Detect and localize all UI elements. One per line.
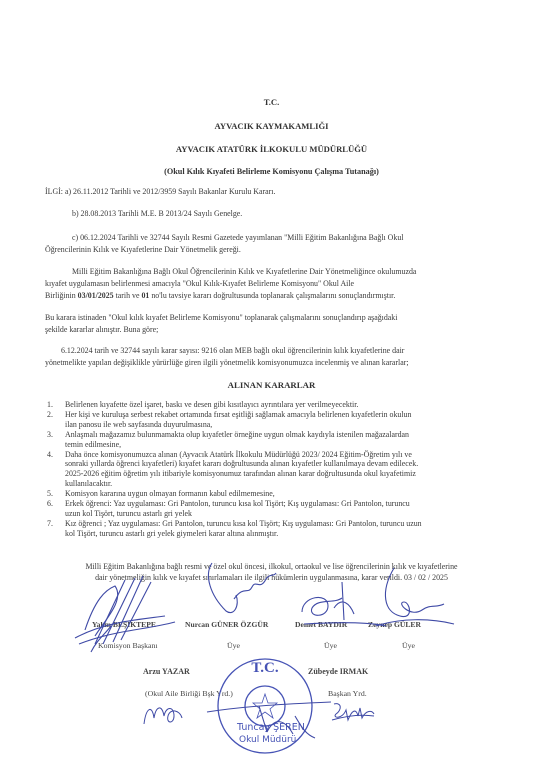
header-school: AYVACIK ATATÜRK İLKOKULU MÜDÜRLÜĞÜ	[0, 144, 543, 154]
reference-label: İLGİ:	[45, 187, 63, 196]
decision-number: 4.	[47, 450, 65, 490]
reference-a: İLGİ: a) 26.11.2012 Tarihli ve 2012/3959…	[45, 187, 275, 197]
stamp-text: T.C.	[215, 660, 315, 677]
decisions-list: 1.Belirlenen kıyafette özel işaret, bask…	[47, 400, 507, 539]
decision-item: 4.Daha önce komisyonumuzca alınan (Ayvac…	[47, 450, 507, 490]
header-state: T.C.	[0, 97, 543, 107]
signature-1	[65, 560, 185, 660]
signatory-role-3: Üye	[324, 641, 337, 650]
decision-line: Komisyon kararına uygun olmayan formanın…	[65, 489, 507, 499]
paragraph-2-line2: şekilde kararlar alınıştır. Buna göre;	[45, 325, 158, 335]
document-page: T.C. AYVACIK KAYMAKAMLIĞI AYVACIK ATATÜR…	[0, 0, 543, 768]
decision-number: 3.	[47, 430, 65, 450]
signatory-role-2: Üye	[227, 641, 240, 650]
decision-item: 2.Her kişi ve kuruluşa serbest rekabet o…	[47, 410, 507, 430]
paragraph-1-line2: kıyafet uygulamasın belirlenmesi amacıyl…	[45, 279, 354, 289]
decision-line: Kız öğrenci ; Yaz uygulaması: Gri Pantol…	[65, 519, 507, 529]
header-district: AYVACIK KAYMAKAMLIĞI	[0, 121, 543, 131]
decision-line: kol Tişört, turuncu astarlı gri yelek gi…	[65, 529, 507, 539]
decision-number: 2.	[47, 410, 65, 430]
signatory-name-5: Arzu YAZAR	[143, 667, 190, 676]
decision-text: Kız öğrenci ; Yaz uygulaması: Gri Pantol…	[65, 519, 507, 539]
reference-b: b) 28.08.2013 Tarihli M.E. B 2013/24 Say…	[72, 209, 242, 219]
decision-line: Anlaşmalı mağazamız bulunmamakta olup kı…	[65, 430, 507, 440]
paragraph-1-line3: Birliğinin 03/01/2025 tarih ve 01 no'lu …	[45, 291, 395, 301]
paragraph-3-line1: 6.12.2024 tarih ve 32744 sayılı karar sa…	[61, 346, 404, 356]
decision-number: 5.	[47, 489, 65, 499]
paragraph-2-line1: Bu karara istinaden "Okul kılık kıyafet …	[45, 313, 397, 323]
decision-item: 1.Belirlenen kıyafette özel işaret, bask…	[47, 400, 507, 410]
decision-line: Her kişi ve kuruluşa serbest rekabet ort…	[65, 410, 507, 420]
decision-line: Belirlenen kıyafette özel işaret, baskı …	[65, 400, 507, 410]
reference-c-line1: c) 06.12.2024 Tarihli ve 32744 Sayılı Re…	[72, 233, 403, 243]
paragraph-1-line1: Milli Eğitim Bakanlığına Bağlı Okul Öğre…	[72, 267, 416, 277]
decision-line: kullanılacaktır.	[65, 479, 507, 489]
decision-line: sonraki yıllarda öğrenci kıyafetleri) kı…	[65, 459, 507, 469]
decision-number: 1.	[47, 400, 65, 410]
signature-2	[200, 555, 290, 625]
decision-text: Daha önce komisyonumuzca alınan (Ayvacık…	[65, 450, 507, 490]
recommendation-date: 03/01/2025	[78, 291, 114, 300]
signatory-role-4: Üye	[402, 641, 415, 650]
decision-item: 7.Kız öğrenci ; Yaz uygulaması: Gri Pant…	[47, 519, 507, 539]
decision-text: Her kişi ve kuruluşa serbest rekabet ort…	[65, 410, 507, 430]
signature-4	[370, 562, 460, 632]
decision-number: 6.	[47, 499, 65, 519]
decision-text: Erkek öğrenci: Yaz uygulaması: Gri Panto…	[65, 499, 507, 519]
reference-c-line2: Öğrencilerinin Kılık ve Kıyafetlerine Da…	[45, 245, 241, 255]
decision-text: Belirlenen kıyafette özel işaret, baskı …	[65, 400, 507, 410]
decision-text: Anlaşmalı mağazamız bulunmamakta olup kı…	[65, 430, 507, 450]
decision-item: 6. Erkek öğrenci: Yaz uygulaması: Gri Pa…	[47, 499, 507, 519]
decision-line: ilan panosu ile web sayfasında duyurulma…	[65, 420, 507, 430]
principal-signature	[205, 686, 335, 746]
signature-6	[328, 700, 378, 724]
signatory-name-6: Zübeyde IRMAK	[308, 667, 368, 676]
decision-line: temin edilmesine,	[65, 440, 507, 450]
decision-item: 5.Komisyon kararına uygun olmayan forman…	[47, 489, 507, 499]
decision-text: Komisyon kararına uygun olmayan formanın…	[65, 489, 507, 499]
decision-number: 7.	[47, 519, 65, 539]
signature-5	[140, 698, 190, 728]
decision-item: 3.Anlaşmalı mağazamız bulunmamakta olup …	[47, 430, 507, 450]
official-stamp: T.C. Tuncay ŞEREN Okul Müdürü	[215, 656, 315, 756]
decision-line: 2025-2026 eğitim öğretim yılı itibariyle…	[65, 469, 507, 479]
decisions-title: ALINAN KARARLAR	[0, 380, 543, 390]
decision-line: Daha önce komisyonumuzca alınan (Ayvacık…	[65, 450, 507, 460]
decision-line: Erkek öğrenci: Yaz uygulaması: Gri Panto…	[65, 499, 507, 509]
document-subtitle: (Okul Kılık Kıyafeti Belirleme Komisyonu…	[0, 167, 543, 176]
paragraph-3-line2: yönetmelikte yapılan değişiklikle yürürl…	[45, 358, 409, 368]
decision-line: uzun kol Tişört, turuncu astarlı gri yel…	[65, 509, 507, 519]
